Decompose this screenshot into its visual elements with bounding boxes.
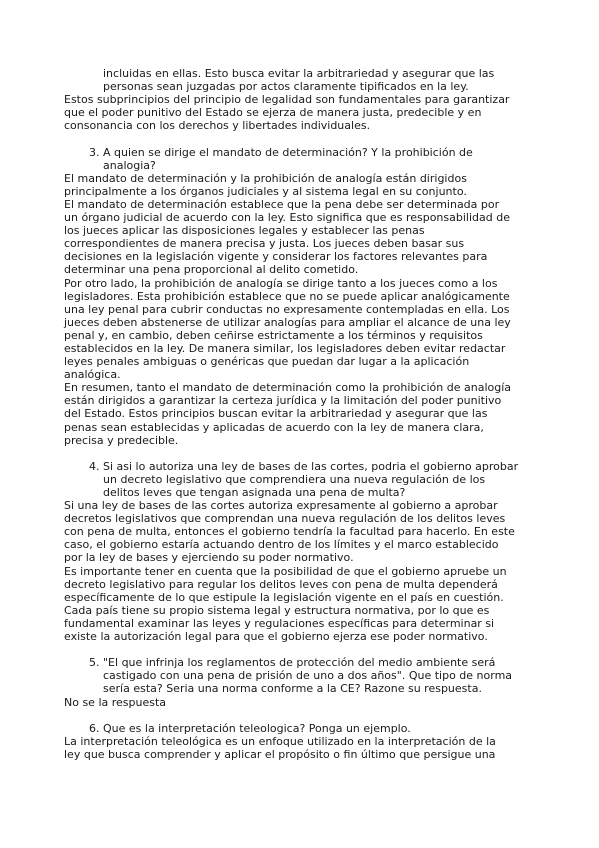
text-line: que el poder punitivo del Estado se ejer… [64, 106, 546, 119]
text-line: los jueces aplicar las disposiciones leg… [64, 224, 546, 237]
text-line: decretos legislativos que comprendan una… [64, 512, 546, 525]
text-line: Es importante tener en cuenta que la pos… [64, 565, 546, 578]
text-line: Si asi lo autoriza una ley de bases de l… [103, 460, 546, 473]
text-line: existe la autorización legal para que el… [64, 630, 546, 643]
blank-line [64, 132, 546, 145]
text-line: leyes penales ambiguas o genéricas que p… [64, 355, 546, 368]
text-line: castigado con una pena de prisión de uno… [103, 669, 546, 682]
text-line: con pena de multa, entonces el gobierno … [64, 525, 546, 538]
list-item-text: incluidas en ellas. Esto busca evitar la… [103, 67, 546, 93]
text-line: sería esta? Seria una norma conforme a l… [103, 682, 546, 695]
text-line: establecidos en la ley. De manera simila… [64, 342, 546, 355]
list-number: 4. [89, 460, 100, 473]
list-item-text: "El que infrinja los reglamentos de prot… [103, 656, 546, 695]
text-line: El mandato de determinación establece qu… [64, 198, 546, 211]
text-line: La interpretación teleológica es un enfo… [64, 735, 546, 748]
text-line: penas sean establecidas y aplicadas de a… [64, 421, 546, 434]
text-line: incluidas en ellas. Esto busca evitar la… [103, 67, 546, 80]
text-line: un decreto legislativo que comprendiera … [103, 473, 546, 486]
document-page: incluidas en ellas. Esto busca evitar la… [0, 0, 599, 848]
paragraph: El mandato de determinación y la prohibi… [64, 172, 546, 198]
text-line: penal y, en cambio, deben ceñirse estric… [64, 329, 546, 342]
text-line: específicamente de lo que estipule la le… [64, 591, 546, 604]
text-line: Cada país tiene su propio sistema legal … [64, 604, 546, 617]
text-line: analógica. [64, 368, 546, 381]
text-line: El mandato de determinación y la prohibi… [64, 172, 546, 185]
list-item-5: 5."El que infrinja los reglamentos de pr… [64, 656, 546, 695]
paragraph: La interpretación teleológica es un enfo… [64, 735, 546, 761]
list-item-text: Que es la interpretación teleologica? Po… [103, 722, 546, 735]
text-line: jueces deben abstenerse de utilizar anal… [64, 316, 546, 329]
list-item-text: A quien se dirige el mandato de determin… [103, 146, 546, 172]
text-line: No se la respuesta [64, 696, 546, 709]
text-line: consonancia con los derechos y libertade… [64, 119, 546, 132]
list-number: 3. [89, 146, 100, 159]
paragraph: Es importante tener en cuenta que la pos… [64, 565, 546, 644]
text-line: caso, el gobierno estaría actuando dentr… [64, 538, 546, 551]
text-line: fundamental examinar las leyes y regulac… [64, 617, 546, 630]
text-line: Si una ley de bases de las cortes autori… [64, 499, 546, 512]
text-line: En resumen, tanto el mandato de determin… [64, 381, 546, 394]
list-item-continuation: incluidas en ellas. Esto busca evitar la… [64, 67, 546, 93]
text-line: decreto legislativo para regular los del… [64, 578, 546, 591]
paragraph: No se la respuesta [64, 696, 546, 709]
text-line: una ley penal para cubrir conductas no e… [64, 303, 546, 316]
paragraph: El mandato de determinación establece qu… [64, 198, 546, 277]
paragraph: En resumen, tanto el mandato de determin… [64, 381, 546, 446]
text-line: analogia? [103, 159, 546, 172]
list-number: 6. [89, 722, 100, 735]
text-line: principalmente a los órganos judiciales … [64, 185, 546, 198]
paragraph: Estos subprincipios del principio de leg… [64, 93, 546, 132]
document-content: incluidas en ellas. Esto busca evitar la… [64, 67, 546, 761]
blank-line [64, 643, 546, 656]
text-line: "El que infrinja los reglamentos de prot… [103, 656, 546, 669]
text-line: están dirigidos a garantizar la certeza … [64, 394, 546, 407]
text-line: personas sean juzgadas por actos clarame… [103, 80, 546, 93]
list-item-text: Si asi lo autoriza una ley de bases de l… [103, 460, 546, 499]
text-line: Por otro lado, la prohibición de analogí… [64, 277, 546, 290]
blank-line [64, 447, 546, 460]
text-line: un órgano judicial de acuerdo con la ley… [64, 211, 546, 224]
text-line: Estos subprincipios del principio de leg… [64, 93, 546, 106]
text-line: legisladores. Esta prohibición establece… [64, 290, 546, 303]
list-item-4: 4.Si asi lo autoriza una ley de bases de… [64, 460, 546, 499]
text-line: determinar una pena proporcional al deli… [64, 263, 546, 276]
list-item-6: 6.Que es la interpretación teleologica? … [64, 722, 546, 735]
text-line: Que es la interpretación teleologica? Po… [103, 722, 546, 735]
text-line: por la ley de bases y ejerciendo su pode… [64, 551, 546, 564]
text-line: ley que busca comprender y aplicar el pr… [64, 748, 546, 761]
text-line: delitos leves que tengan asignada una pe… [103, 486, 546, 499]
paragraph: Por otro lado, la prohibición de analogí… [64, 277, 546, 382]
text-line: A quien se dirige el mandato de determin… [103, 146, 546, 159]
paragraph: Si una ley de bases de las cortes autori… [64, 499, 546, 564]
text-line: decisiones en la legislación vigente y c… [64, 250, 546, 263]
text-line: precisa y predecible. [64, 434, 546, 447]
blank-line [64, 709, 546, 722]
text-line: del Estado. Estos principios buscan evit… [64, 407, 546, 420]
text-line: correspondientes de manera precisa y jus… [64, 237, 546, 250]
list-item-3: 3.A quien se dirige el mandato de determ… [64, 146, 546, 172]
list-number: 5. [89, 656, 100, 669]
